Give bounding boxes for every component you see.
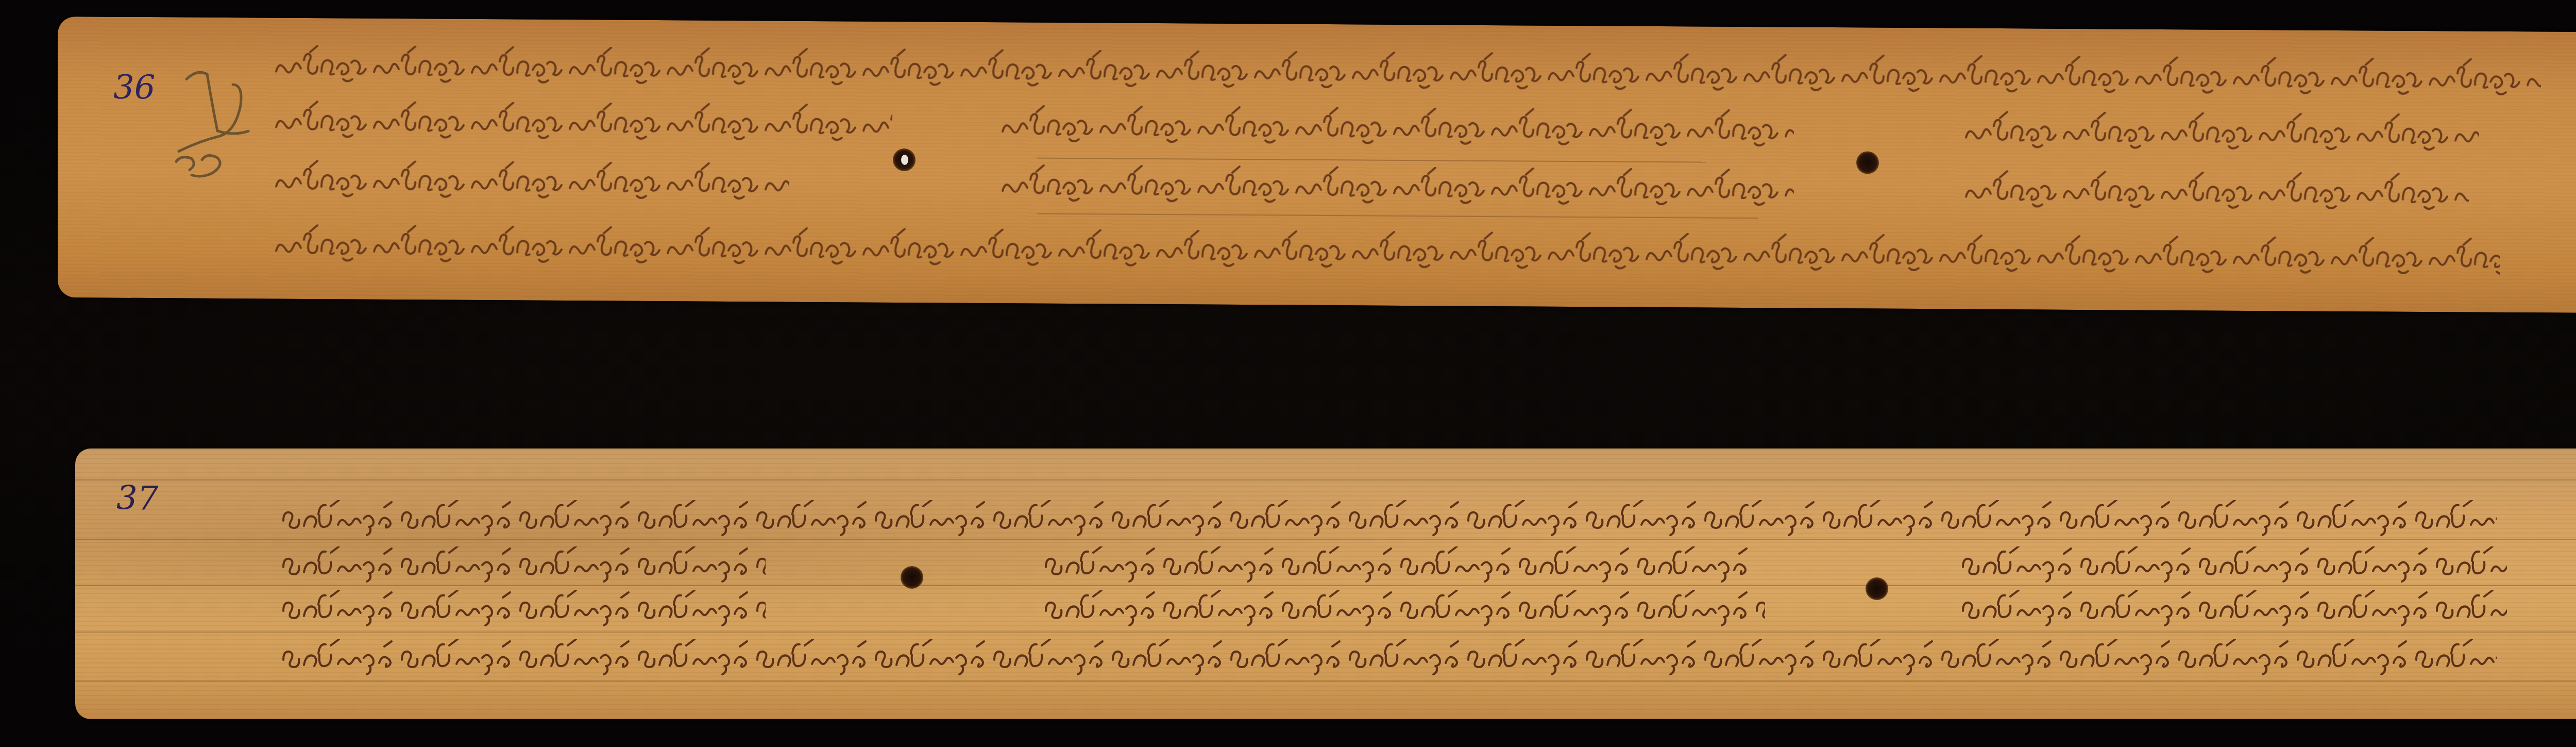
binding-hole xyxy=(1856,151,1879,174)
script-row-3-seg-3 xyxy=(1961,590,2507,632)
script-row-3-seg-2 xyxy=(1001,164,1794,210)
ruling-line xyxy=(75,632,2576,633)
script-row-2-seg-1 xyxy=(274,101,892,145)
binding-hole xyxy=(893,148,916,171)
script-row-4 xyxy=(274,224,2500,279)
script-row-4 xyxy=(281,639,2497,680)
script-row-3-seg-1 xyxy=(274,160,789,204)
ruling-line xyxy=(75,680,2576,682)
script-row-2-seg-3 xyxy=(1961,546,2507,588)
ruling-line xyxy=(75,479,2576,480)
ruling-line xyxy=(1037,158,1706,163)
binding-hole xyxy=(901,566,923,589)
pencil-annotation-mark xyxy=(166,58,269,193)
script-row-2-seg-3 xyxy=(1964,111,2479,155)
script-row-3-seg-2 xyxy=(1044,590,1765,632)
folio-number-label: 37 xyxy=(116,479,158,518)
script-row-1 xyxy=(274,45,2541,100)
script-row-2-seg-2 xyxy=(1044,546,1755,588)
script-row-1 xyxy=(281,500,2497,541)
folio-number-label: 36 xyxy=(113,69,155,107)
binding-hole xyxy=(1866,577,1888,600)
script-row-2-seg-2 xyxy=(1001,105,1794,151)
script-row-2-seg-1 xyxy=(281,546,766,588)
palm-leaf-bottom: 37 xyxy=(75,449,2576,719)
script-row-3-seg-1 xyxy=(281,590,766,632)
palm-leaf-top: 36 xyxy=(58,16,2576,313)
ruling-line xyxy=(1037,213,1758,219)
script-row-3-seg-3 xyxy=(1964,170,2469,214)
